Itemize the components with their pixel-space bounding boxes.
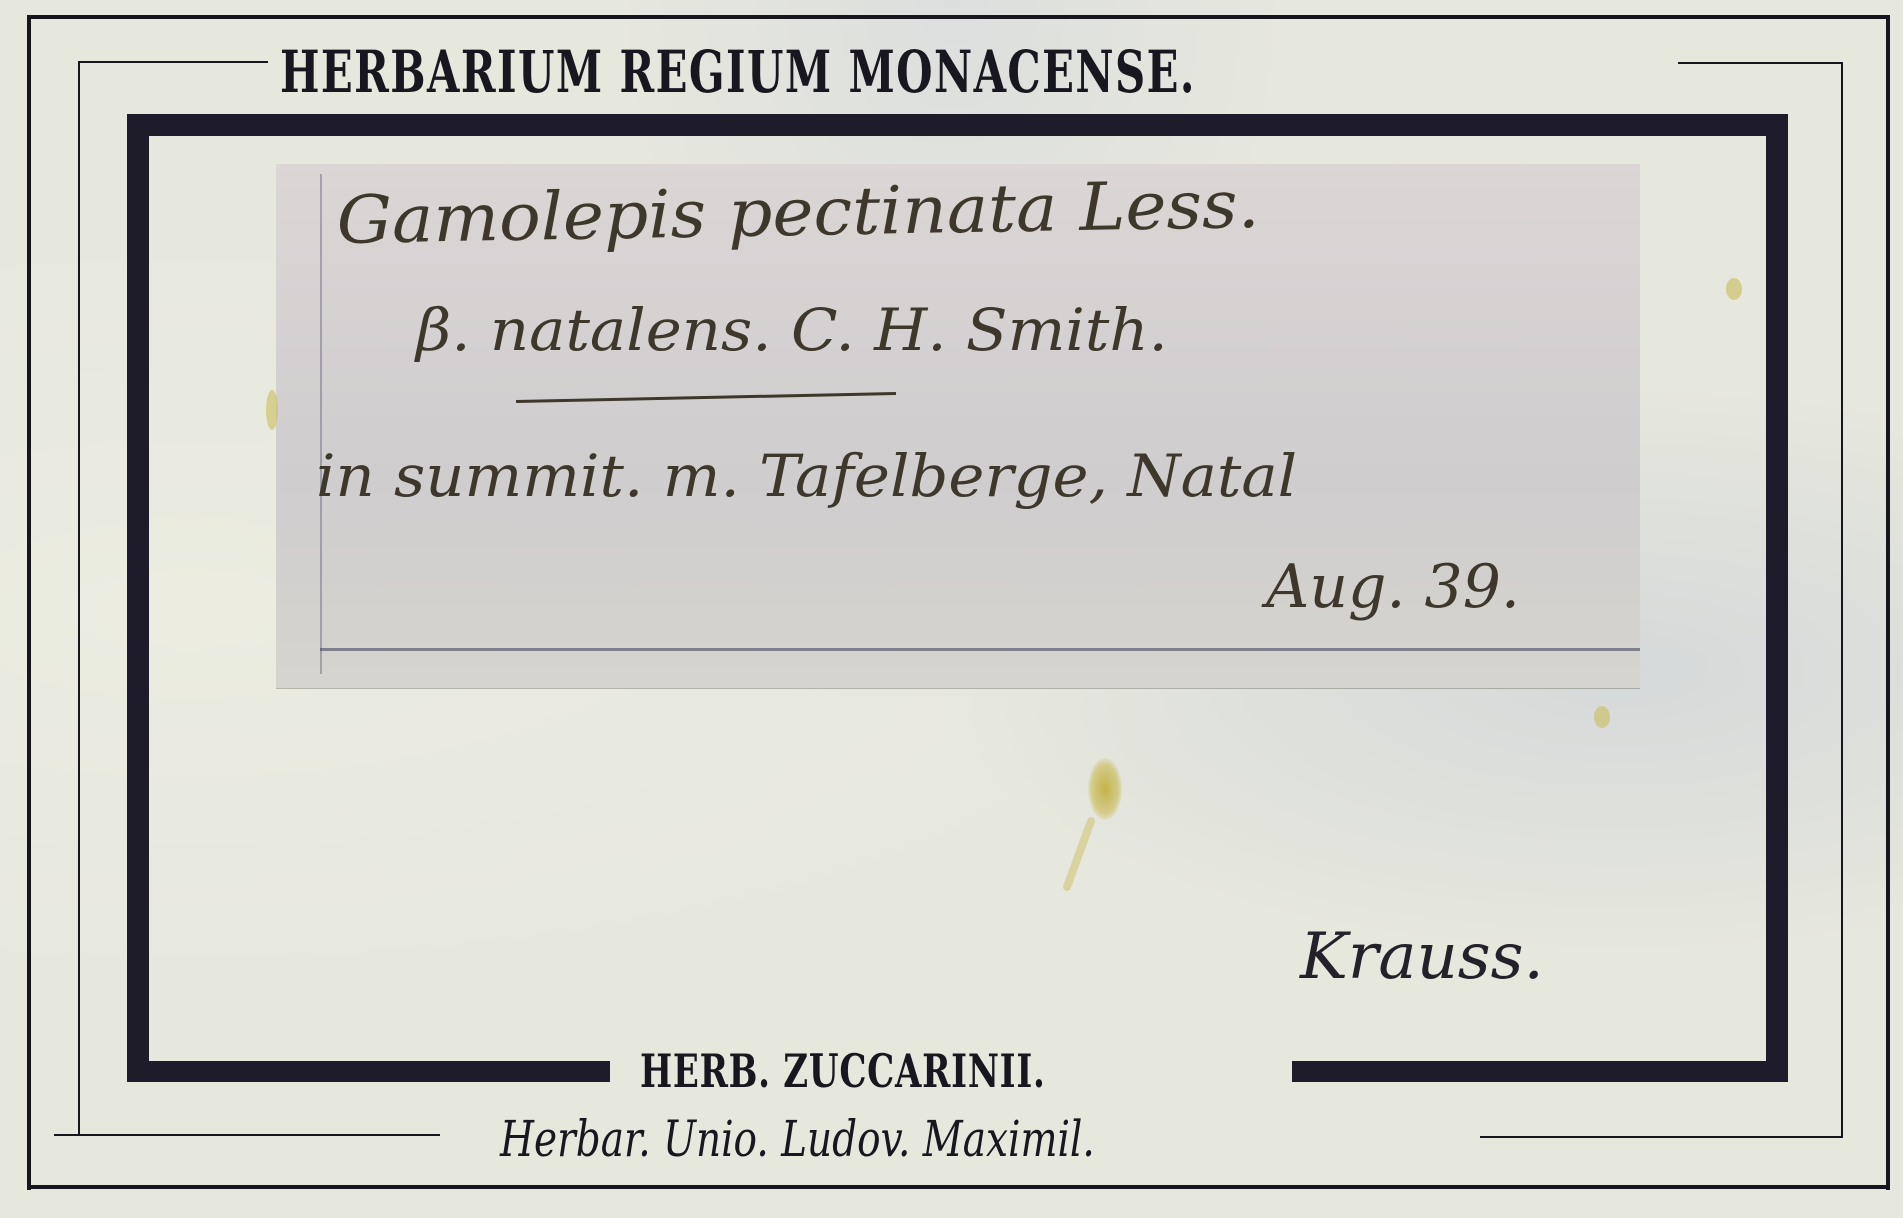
inner-border-right	[1841, 62, 1843, 1137]
glue-stain	[1088, 758, 1122, 820]
glue-stain-small	[1726, 278, 1742, 300]
thick-frame-right	[1766, 114, 1788, 1082]
inner-border-left	[78, 61, 80, 1136]
thick-frame-bottom-left	[127, 1061, 610, 1082]
inner-border-bottom-left	[54, 1134, 440, 1136]
specimen-slip: Gamolepis pectinata Less. β. natalens. C…	[276, 164, 1640, 688]
footer-text: Herbar. Unio. Ludov. Maximil.	[500, 1110, 1095, 1168]
inner-border-top-right	[1678, 62, 1842, 64]
outer-border-left	[27, 15, 31, 1190]
outer-border-right	[1886, 15, 1890, 1190]
slip-line-date: Aug. 39.	[1266, 552, 1520, 622]
slip-pencil-line	[320, 648, 1640, 651]
slip-margin-line	[320, 174, 322, 674]
inner-border-top-left	[78, 61, 268, 63]
glue-stain-small	[266, 390, 278, 430]
collector-signature: Krauss.	[1300, 920, 1544, 994]
outer-border-top	[28, 15, 1890, 19]
slip-line-locality: in summit. m. Tafelberge, Natal	[316, 442, 1297, 510]
inner-border-bottom-right	[1480, 1136, 1843, 1138]
slip-line-variety: β. natalens. C. H. Smith.	[416, 296, 1168, 364]
thick-frame-left	[127, 114, 149, 1082]
slip-line-taxon: Gamolepis pectinata Less.	[336, 166, 1260, 259]
outer-border-bottom	[28, 1185, 1890, 1189]
header-title: HERBARIUM REGIUM MONACENSE.	[280, 38, 1196, 106]
thick-frame-top	[127, 114, 1787, 136]
thick-frame-bottom-right	[1292, 1061, 1788, 1082]
sub-header: HERB. ZUCCARINII.	[640, 1044, 1046, 1098]
glue-stain-small	[1594, 706, 1610, 728]
glue-stain-trail	[1062, 816, 1096, 892]
slip-underline	[516, 392, 896, 403]
